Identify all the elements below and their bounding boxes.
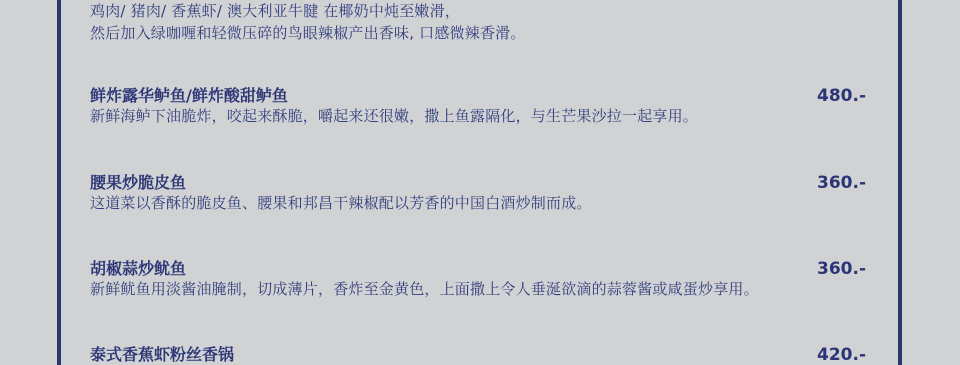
menu-item-name: 泰式香蕉虾粉丝香锅: [90, 344, 234, 365]
menu-item-price: 360.-: [817, 172, 866, 194]
intro-line-1: 鸡肉/ 猪肉/ 香蕉虾/ 澳大利亚牛腱 在椰奶中炖至嫩滑，: [90, 0, 526, 22]
menu-item-header: 腰果炒脆皮鱼 360.-: [90, 172, 866, 194]
menu-item-description: 新鲜海鲈下油脆炸，咬起来酥脆，嚼起来还很嫩，撒上鱼露隔化，与生芒果沙拉一起享用。: [90, 105, 698, 127]
menu-item-header: 泰式香蕉虾粉丝香锅 420.-: [90, 344, 866, 365]
menu-item-header: 鲜炸露华鲈鱼/鲜炸酸甜鲈鱼 480.-: [90, 85, 866, 107]
menu-item-price: 360.-: [817, 258, 866, 280]
menu-item-name: 鲜炸露华鲈鱼/鲜炸酸甜鲈鱼: [90, 85, 288, 107]
menu-item: 胡椒蒜炒鱿鱼 360.- 新鲜鱿鱼用淡酱油腌制，切成薄片，香炸至金黄色，上面撒上…: [90, 258, 866, 280]
menu-item: 泰式香蕉虾粉丝香锅 420.-: [90, 344, 866, 365]
menu-item-name: 腰果炒脆皮鱼: [90, 172, 186, 194]
menu-item-description: 新鲜鱿鱼用淡酱油腌制，切成薄片，香炸至金黄色，上面撒上令人垂涎欲滴的蒜蓉酱或咸蛋…: [90, 278, 759, 300]
menu-item-header: 胡椒蒜炒鱿鱼 360.-: [90, 258, 866, 280]
menu-item-price: 480.-: [817, 85, 866, 107]
menu-item-description: 这道菜以香酥的脆皮鱼、腰果和邦昌干辣椒配以芳香的中国白酒炒制而成。: [90, 192, 592, 214]
menu-item: 鲜炸露华鲈鱼/鲜炸酸甜鲈鱼 480.- 新鲜海鲈下油脆炸，咬起来酥脆，嚼起来还很…: [90, 85, 866, 107]
menu-frame-left-border: [57, 0, 61, 365]
menu-frame-right-border: [898, 0, 902, 365]
menu-item-price: 420.-: [817, 344, 866, 365]
menu-item: 腰果炒脆皮鱼 360.- 这道菜以香酥的脆皮鱼、腰果和邦昌干辣椒配以芳香的中国白…: [90, 172, 866, 194]
menu-item-name: 胡椒蒜炒鱿鱼: [90, 258, 186, 280]
intro-line-2: 然后加入绿咖喱和轻微压碎的鸟眼辣椒产出香味, 口感微辣香滑。: [90, 22, 526, 44]
intro-description: 鸡肉/ 猪肉/ 香蕉虾/ 澳大利亚牛腱 在椰奶中炖至嫩滑， 然后加入绿咖喱和轻微…: [90, 0, 526, 44]
